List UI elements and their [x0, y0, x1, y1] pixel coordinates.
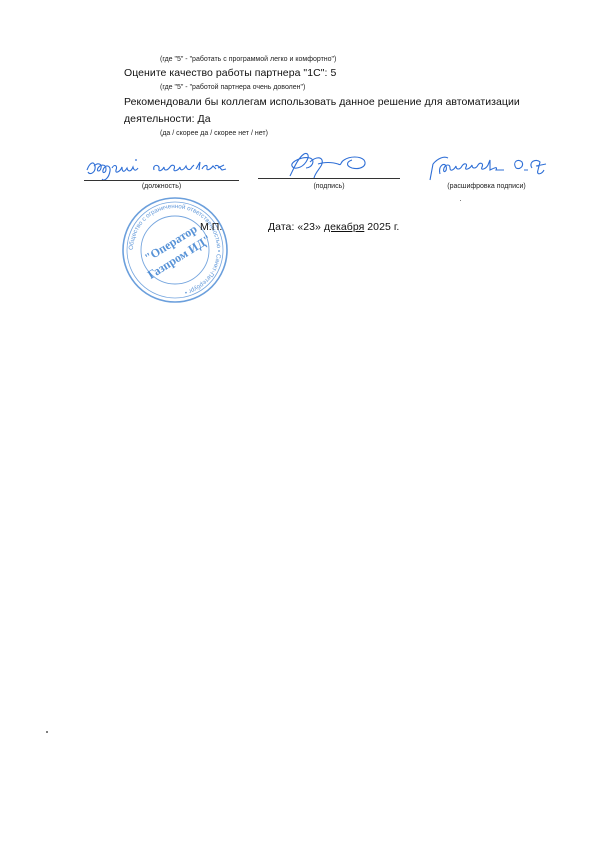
recommend-hint: (да / скорее да / скорее нет / нет) [160, 130, 268, 137]
recommend-label: деятельности: [124, 113, 198, 125]
seal-label: М.П. [200, 221, 222, 233]
signature-caption: (подпись) [258, 183, 400, 190]
signature-svg [280, 148, 390, 180]
stamp-ring-text: Общество с ограниченной ответственностью… [128, 203, 222, 296]
date-year: 2025 г. [367, 221, 399, 233]
name-caption: (расшифровка подписи) [424, 183, 549, 190]
position-caption: (должность) [84, 183, 239, 190]
date-month: декабря [324, 221, 364, 233]
name-handwriting-svg [424, 150, 549, 182]
document-date: Дата: «23» декабря 2025 г. [268, 221, 399, 233]
partner-rating-value: 5 [330, 67, 336, 79]
scan-artifact [46, 731, 48, 733]
partner-rating-question: Оцените качество работы партнера "1С": 5 [124, 67, 336, 79]
name-handwriting [424, 150, 549, 182]
recommend-question-line1: Рекомендовали бы коллегам использовать д… [124, 96, 520, 108]
recommend-value: Да [198, 113, 211, 125]
partner-rating-label: Оцените качество работы партнера "1С": [124, 67, 330, 79]
stamp-svg: Общество с ограниченной ответственностью… [121, 196, 229, 304]
scan-artifact [460, 200, 461, 201]
recommend-question-line2: деятельности: Да [124, 113, 211, 125]
signature-handwriting [280, 148, 390, 180]
ease-rating-hint: (где "5" - "работать с программой легко … [160, 56, 336, 63]
position-line [84, 180, 239, 181]
partner-rating-hint: (где "5" - "работой партнера очень довол… [160, 84, 305, 91]
position-handwriting [84, 152, 239, 182]
company-stamp: Общество с ограниченной ответственностью… [121, 196, 229, 304]
date-prefix: Дата: [268, 221, 297, 233]
signature-line [258, 178, 400, 179]
date-day: «23» [297, 221, 321, 233]
position-handwriting-svg [84, 152, 239, 182]
